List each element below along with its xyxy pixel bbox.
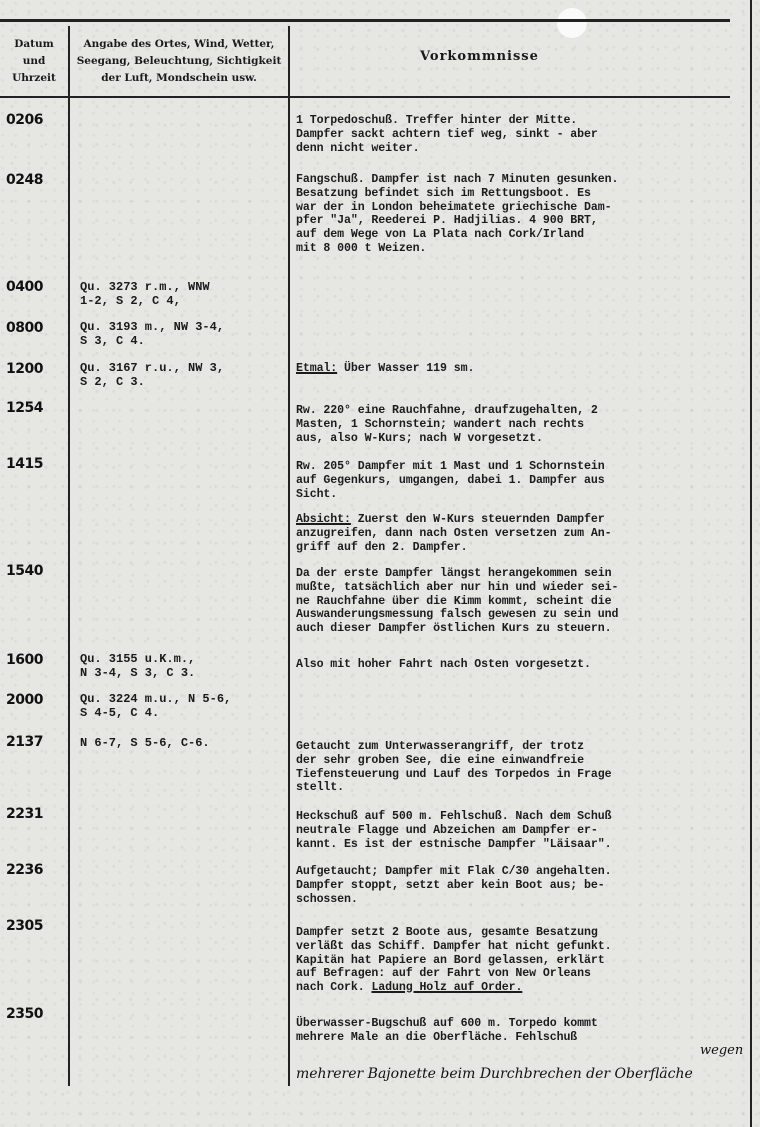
position-weather-1600: Qu. 3155 u.K.m., N 3-4, S 3, C 3. <box>80 652 285 680</box>
time-14: 2350 <box>6 1006 66 1022</box>
header-position-weather: Angabe des Ortes, Wind, Wetter, Seegang,… <box>70 36 288 87</box>
time-6: 1415 <box>6 456 66 472</box>
position-weather-0800: Qu. 3193 m., NW 3-4, S 3, C 4. <box>80 320 285 348</box>
col-divider-2 <box>288 26 290 1086</box>
position-weather-2137: N 6-7, S 5-6, C-6. <box>80 736 285 750</box>
event-1600: Also mit hoher Fahrt nach Osten vorgeset… <box>296 658 758 672</box>
time-2: 0400 <box>6 279 66 295</box>
time-13: 2305 <box>6 918 66 934</box>
time-5: 1254 <box>6 400 66 416</box>
time-9: 2000 <box>6 692 66 708</box>
event-2231: Heckschuß auf 500 m. Fehlschuß. Nach dem… <box>296 810 758 851</box>
event-0248: Fangschuß. Dampfer ist nach 7 Minuten ge… <box>296 173 758 256</box>
time-7: 1540 <box>6 563 66 579</box>
col-divider-1 <box>68 26 70 1086</box>
time-1: 0248 <box>6 172 66 188</box>
time-3: 0800 <box>6 320 66 336</box>
time-12: 2236 <box>6 862 66 878</box>
event-0206: 1 Torpedoschuß. Treffer hinter der Mitte… <box>296 114 758 155</box>
time-0: 0206 <box>6 112 66 128</box>
position-weather-0400: Qu. 3273 r.m., WNW 1-2, S 2, C 4, <box>80 280 285 308</box>
position-weather-2000: Qu. 3224 m.u., N 5-6, S 4-5, C 4. <box>80 692 285 720</box>
position-weather-1200: Qu. 3167 r.u., NW 3, S 2, C 3. <box>80 361 285 389</box>
handwritten-annotation-end: wegen <box>700 1043 743 1058</box>
event-1415: Rw. 205° Dampfer mit 1 Mast und 1 Schorn… <box>296 460 758 501</box>
top-rule <box>0 19 730 22</box>
diary-page: Datum und Uhrzeit Angabe des Ortes, Wind… <box>0 0 760 1127</box>
time-11: 2231 <box>6 806 66 822</box>
cargo-underlined: Ladung Holz auf Order. <box>371 981 522 994</box>
header-date-time: Datum und Uhrzeit <box>4 36 64 87</box>
event-1540: Da der erste Dampfer längst herangekomme… <box>296 567 758 636</box>
event-2305: Dampfer setzt 2 Boote aus, gesamte Besat… <box>296 926 758 995</box>
etmal-label: Etmal: <box>296 362 337 375</box>
header-rule <box>0 96 730 98</box>
handwritten-annotation: mehrerer Bajonette beim Durchbrechen der… <box>296 1066 758 1082</box>
time-4: 1200 <box>6 361 66 377</box>
event-2137: Getaucht zum Unterwasserangriff, der tro… <box>296 740 758 795</box>
time-10: 2137 <box>6 734 66 750</box>
absicht-label: Absicht: <box>296 513 351 526</box>
event-1415-intent: Absicht: Zuerst den W-Kurs steuernden Da… <box>296 513 758 554</box>
time-8: 1600 <box>6 652 66 668</box>
event-2236: Aufgetaucht; Dampfer mit Flak C/30 angeh… <box>296 865 758 906</box>
event-2350: Überwasser-Bugschuß auf 600 m. Torpedo k… <box>296 1017 758 1045</box>
punch-hole <box>557 8 587 38</box>
header-events: Vorkommnisse <box>420 49 620 64</box>
event-1254: Rw. 220° eine Rauchfahne, draufzugehalte… <box>296 404 758 445</box>
event-1200: Etmal: Über Wasser 119 sm. <box>296 362 758 376</box>
